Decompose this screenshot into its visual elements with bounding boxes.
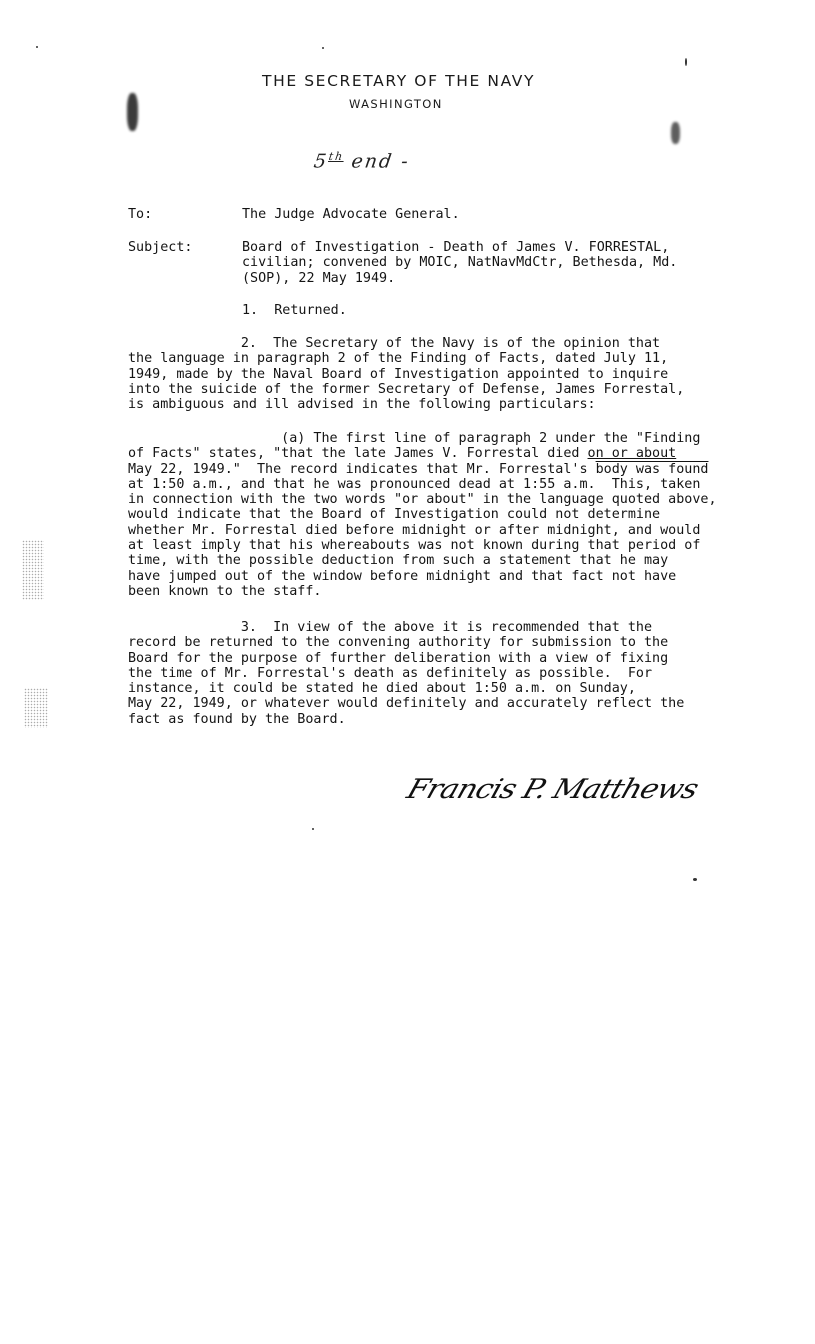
text-line: the time of Mr. Forrestal's death as def…	[128, 666, 684, 681]
paragraph-2a: (a) The first line of paragraph 2 under …	[128, 431, 717, 599]
scan-dot	[36, 46, 38, 48]
text-segment: of Facts" states, "that the late James V…	[128, 446, 588, 461]
scan-smudge	[127, 93, 138, 131]
to-label: To:	[128, 207, 152, 222]
text-line: would indicate that the Board of Investi…	[128, 507, 717, 522]
text-line: time, with the possible deduction from s…	[128, 553, 717, 568]
underlined-phrase: on or about	[588, 446, 677, 461]
subject-value: Board of Investigation - Death of James …	[242, 240, 677, 286]
text-line: 2. The Secretary of the Navy is of the o…	[128, 336, 684, 351]
scan-speckle	[24, 688, 48, 728]
scan-dot	[312, 828, 314, 830]
text-line: into the suicide of the former Secretary…	[128, 382, 684, 397]
text-line: have jumped out of the window before mid…	[128, 569, 717, 584]
text-line: at 1:50 a.m., and that he was pronounced…	[128, 477, 717, 492]
text-line: in connection with the two words "or abo…	[128, 492, 717, 507]
text-line: is ambiguous and ill advised in the foll…	[128, 397, 684, 412]
text-line: whether Mr. Forrestal died before midnig…	[128, 523, 717, 538]
text-line: 1949, made by the Naval Board of Investi…	[128, 367, 684, 382]
letterhead-title: THE SECRETARY OF THE NAVY	[262, 72, 535, 90]
text-line: fact as found by the Board.	[128, 712, 684, 727]
text-segment: May 22, 1949." The record indicates that…	[128, 462, 596, 477]
scan-dot	[685, 58, 687, 66]
subject-label: Subject:	[128, 240, 193, 255]
signature: Francis P. Matthews	[403, 774, 702, 806]
subject-line: Board of Investigation - Death of James …	[242, 240, 677, 255]
scan-dot	[322, 47, 324, 49]
text-line: May 22, 1949." The record indicates that…	[128, 462, 717, 477]
text-line: (a) The first line of paragraph 2 under …	[128, 431, 717, 446]
note-text: end -	[350, 150, 411, 172]
subject-line: (SOP), 22 May 1949.	[242, 271, 677, 286]
text-line: Board for the purpose of further deliber…	[128, 651, 684, 666]
to-value: The Judge Advocate General.	[242, 207, 460, 222]
document-page: THE SECRETARY OF THE NAVY WASHINGTON 5th…	[0, 0, 815, 1344]
scan-dot	[693, 878, 697, 881]
note-suffix: th	[328, 150, 345, 163]
text-line: at least imply that his whereabouts was …	[128, 538, 717, 553]
overlined-phrase: body was found	[596, 462, 709, 477]
scan-smudge	[671, 122, 680, 144]
text-line: 3. In view of the above it is recommende…	[128, 620, 684, 635]
text-line: May 22, 1949, or whatever would definite…	[128, 696, 684, 711]
paragraph-1: 1. Returned.	[242, 303, 347, 318]
letterhead-city: WASHINGTON	[349, 97, 443, 111]
paragraph-2: 2. The Secretary of the Navy is of the o…	[128, 336, 684, 412]
handwritten-endorsement-note: 5th end -	[312, 150, 411, 172]
subject-line: civilian; convened by MOIC, NatNavMdCtr,…	[242, 255, 677, 270]
text-line: instance, it could be stated he died abo…	[128, 681, 684, 696]
text-line: record be returned to the convening auth…	[128, 635, 684, 650]
scan-speckle	[22, 540, 44, 600]
text-line: of Facts" states, "that the late James V…	[128, 446, 717, 461]
text-line: been known to the staff.	[128, 584, 717, 599]
paragraph-3: 3. In view of the above it is recommende…	[128, 620, 684, 727]
text-line: the language in paragraph 2 of the Findi…	[128, 351, 684, 366]
